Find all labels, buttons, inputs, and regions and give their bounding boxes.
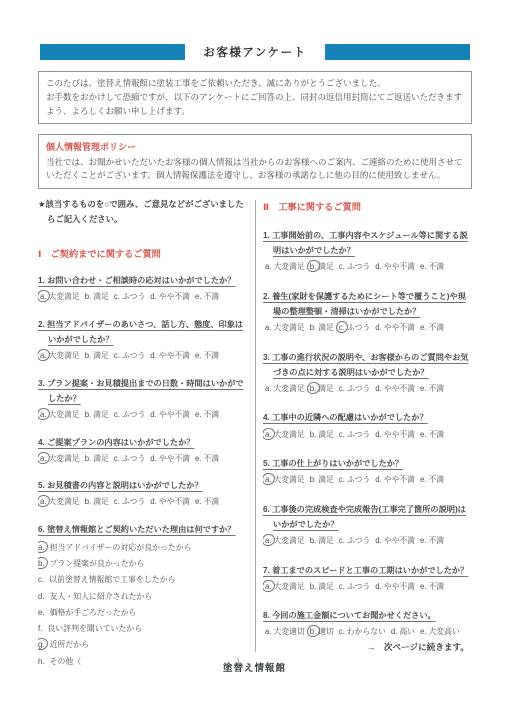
option-key: b. [85,453,92,465]
circled-answer-mark: a. [40,496,47,508]
header-bar-right [325,44,470,60]
answer-option[interactable]: e.不満 [195,409,219,421]
question-block: 6. 工事後の完成検査や完成報告(工事完了箇所の説明)はいかがでしたか？a.大変… [263,502,473,548]
answer-option[interactable]: b.満足 [85,350,109,362]
option-key: d. [375,322,382,334]
answer-option[interactable]: a.大変満足 [40,496,80,508]
option-label: 高い [399,627,415,636]
answer-option[interactable]: d.やや不満 [150,291,190,303]
answer-option[interactable]: e.不満 [420,261,444,273]
option-label: 大変満足 [49,292,80,301]
option-label: 不満 [429,582,445,591]
answer-option[interactable]: d.やや不満 [375,322,415,334]
question-title: 6. 工事後の完成検査や完成報告(工事完了箇所の説明)はいかがでしたか？ [263,502,473,532]
option-label: やや不満 [159,351,190,360]
answer-option[interactable]: c.わからない [339,626,386,638]
option-label: 満足 [318,430,334,439]
answer-option[interactable]: e.不満 [195,453,219,465]
option-label: 満足 [318,475,334,484]
option-key: d. [375,429,382,441]
options-row: a.大変満足b.満足c.ふつうd.やや不満e.不満 [38,496,248,508]
answer-option[interactable]: b.満足 [310,322,334,334]
option-key: e. [195,453,202,465]
question-block: 4. 工事中の近隣への配慮はいかがでしたか？a.大変満足b.満足c.ふつうd.や… [263,410,473,441]
answer-option[interactable]: c.ふつう [339,474,370,486]
option-key: b. [310,581,317,593]
option-key: e. [195,350,202,362]
answer-option[interactable]: d.高い [391,626,415,638]
intro-line-1: このたびは、塗替え情報館に塗装工事をご依頼いただき、誠にありがとうございました。 [46,77,464,91]
intro-line-2: お手数をおかけして恐縮ですが、以下のアンケートにご回答の上、同封の返信用封筒にて… [46,91,464,119]
circled-answer-mark: b. [310,626,317,638]
option-label: 大変高い [429,627,460,636]
circled-answer-mark: a. [40,291,47,303]
question-block: 1. お問い合わせ・ご相談時の応対はいかがでしたか？a.大変満足b.満足c.ふつ… [38,273,248,304]
question-block: 2. 養生(家財を保護するためにシート等で覆うこと)や現場の整理整頓・清掃はいか… [263,289,473,335]
answer-option[interactable]: b.満足 [310,581,334,593]
answer-option[interactable]: a.大変満足 [40,453,80,465]
options-row: a.大変満足b.満足c.ふつうd.やや不満e.不満 [38,453,248,465]
option-key: a. [265,261,272,273]
option-key: c. [339,581,345,593]
answer-option[interactable]: d.やや不満 [375,474,415,486]
option-label: 満足 [318,323,334,332]
question-block: 2. 担当アドバイザーのあいさつ、話し方、態度、印象はいかがでしたか？a.大変満… [38,317,248,363]
options-row: a.大変満足b.満足c.ふつうd.やや不満e.不満 [263,581,473,593]
option-label: 不満 [204,410,220,419]
circled-answer-mark: a. [38,542,45,553]
answer-option[interactable]: d.やや不満 [150,409,190,421]
instruction-note: ★該当するものを○で囲み、ご意見などがございましたらご記入ください。 [38,197,248,227]
option-label: 不満 [204,454,220,463]
circled-answer-mark: a. [40,409,47,421]
option-label: 不満 [204,351,220,360]
question-title: 6. 塗替え情報館とご契約いただいた理由は何ですか？ [38,522,248,537]
answer-option[interactable]: a.大変満足 [265,474,305,486]
question-title: 3. プラン提案・お見積提出までの日数・時間はいかがでしたか？ [38,376,248,406]
option-label: 満足 [318,384,334,393]
option-label: ふつう [347,323,370,332]
option-label: やや不満 [384,582,415,591]
option-key: c. [339,429,345,441]
answer-option[interactable]: b.満足 [310,429,334,441]
option-label: 不満 [204,292,220,301]
option-key: e. [420,261,427,273]
option-key: a. [265,626,272,638]
column-divider [255,200,256,652]
answer-option[interactable]: c.ふつう [114,496,145,508]
question-title: 8. 今回の施工金額についてお聞かせください。 [263,608,473,623]
circled-answer-mark: b. [310,261,317,273]
question-block: 3. 工事の進行状況の説明や、お客様からのご質問やお気づきの点に対する説明はいか… [263,350,473,396]
option-key: d. [38,591,45,602]
answer-option[interactable]: a.大変満足 [40,350,80,362]
policy-body: 当社では、お聞かせいただいたお客様の個人情報は当社からのお客様へのご案内、ご連絡… [46,156,464,184]
answer-option[interactable]: b.満足 [85,496,109,508]
circled-answer-mark: a. [265,429,272,441]
option-key: e. [38,607,45,618]
question-block: 4. ご提案プランの内容はいかがでしたか？a.大変満足b.満足c.ふつうd.やや… [38,435,248,466]
answer-option[interactable]: a.大変満足 [265,581,305,593]
page-header: お客様アンケート [40,44,470,60]
answer-option[interactable]: e.不満 [195,496,219,508]
option-key: c. [114,291,120,303]
option-label: 満足 [318,582,334,591]
option-label: 価格が手ごろだったから [50,607,137,618]
option-label: プラン提案が良かったから [50,558,145,569]
option-key: a. [265,322,272,334]
option-key: d. [150,291,157,303]
choice-item[interactable]: e.価格が手ごろだったから [38,607,248,618]
answer-option[interactable]: a.大変満足 [265,535,305,547]
options-row: a.大変満足b.満足c.ふつうd.やや不満e.不満 [263,474,473,486]
answer-option[interactable]: a.大変満足 [265,261,305,273]
option-key: a. [265,383,272,395]
question-title: 1. 工事開始前の、工事内容やスケジュール等に関する説明はいかがでしたか？ [263,228,473,258]
option-label: 大変満足 [49,497,80,506]
option-key: b. [310,322,317,334]
option-label: やや不満 [384,430,415,439]
option-key: d. [375,474,382,486]
option-label: 不満 [429,430,445,439]
option-label: 満足 [318,536,334,545]
choice-item[interactable]: g.近所だから [38,639,248,650]
option-label: やや不満 [159,497,190,506]
option-key: b. [310,535,317,547]
answer-option[interactable]: d.やや不満 [375,261,415,273]
choice-item[interactable]: f.良い評判を聞いていたから [38,623,248,634]
answer-option[interactable]: d.やや不満 [375,581,415,593]
question-title: 2. 担当アドバイザーのあいさつ、話し方、態度、印象はいかがでしたか？ [38,317,248,347]
answer-option[interactable]: e.不満 [420,383,444,395]
option-key: b. [310,474,317,486]
option-label: ふつう [347,384,370,393]
questions-area: ★該当するものを○で囲み、ご意見などがございましたらご記入ください。 Ⅰ ご契約… [38,197,472,657]
answer-option[interactable]: a.大変満足 [40,409,80,421]
question-block: 8. 今回の施工金額についてお聞かせください。a.大変適切b.適切c.わからない… [263,608,473,639]
option-label: 近所だから [50,639,89,650]
option-label: ふつう [347,536,370,545]
column-left: ★該当するものを○で囲み、ご意見などがございましたらご記入ください。 Ⅰ ご契約… [38,197,248,667]
option-key: b. [310,429,317,441]
option-label: 大変満足 [49,410,80,419]
page-title: お客様アンケート [193,44,317,60]
answer-option[interactable]: b.満足 [310,535,334,547]
option-key: e. [420,383,427,395]
continue-note: → 次ページに続きます。 [367,641,469,653]
options-row: a.大変満足b.満足c.ふつうd.やや不満e.不満 [263,535,473,547]
circled-answer-mark: a. [40,453,47,465]
option-label: 大変満足 [274,536,305,545]
circled-answer-mark: a. [265,474,272,486]
option-key: d. [150,409,157,421]
answer-option[interactable]: a.大変満足 [40,291,80,303]
option-label: ふつう [122,410,145,419]
answer-option[interactable]: a.大変満足 [265,322,305,334]
question-title: 5. 工事の仕上がりはいかがでしたか？ [263,456,473,471]
option-key: c. [114,453,120,465]
section-heading: Ⅱ 工事に関するご質問 [263,199,473,213]
option-key: c. [339,261,345,273]
choice-item[interactable]: a.担当アドバイザーの対応が良かったから [38,542,248,553]
option-label: 良い評判を聞いていたから [47,623,142,634]
option-key: b. [85,409,92,421]
option-key: e. [420,535,427,547]
answer-option[interactable]: a.大変満足 [265,383,305,395]
answer-option[interactable]: e.不満 [420,474,444,486]
answer-option[interactable]: e.不満 [420,581,444,593]
option-label: ふつう [347,475,370,484]
option-label: やや不満 [384,262,415,271]
option-label: 不満 [429,262,445,271]
question-title: 4. ご提案プランの内容はいかがでしたか？ [38,435,248,450]
answer-option[interactable]: a.大変適切 [265,626,305,638]
survey-page: お客様アンケート このたびは、塗替え情報館に塗装工事をご依頼いただき、誠にありが… [0,0,509,720]
circled-answer-mark: g. [38,639,45,650]
option-key: d. [375,581,382,593]
answer-option[interactable]: c.ふつう [114,350,145,362]
option-label: 大変満足 [49,454,80,463]
section-heading: Ⅰ ご契約までに関するご質問 [38,246,248,260]
answer-option[interactable]: b.満足 [85,409,109,421]
options-row: a.大変満足b.満足c.ふつうd.やや不満e.不満 [263,383,473,395]
option-key: e. [420,581,427,593]
option-key: e. [420,474,427,486]
options-row: a.大変適切b.適切c.わからないd.高いe.大変高い [263,626,473,638]
option-key: e. [195,291,202,303]
header-bar-left [40,44,185,60]
option-label: 大変満足 [274,262,305,271]
option-label: 不満 [204,497,220,506]
option-key: e. [195,409,202,421]
policy-title: 個人情報管理ポリシー [46,140,464,155]
option-label: 満足 [93,497,109,506]
option-label: 不満 [429,536,445,545]
options-row: a.大変満足b.満足c.ふつうd.やや不満e.不満 [263,261,473,273]
option-label: 適切 [318,627,334,636]
circled-answer-mark: a. [265,535,272,547]
option-label: やや不満 [159,454,190,463]
option-key: d. [391,626,398,638]
option-label: 不満 [429,475,445,484]
option-label: 不満 [429,323,445,332]
answer-option[interactable]: c.ふつう [114,453,145,465]
option-key: e. [195,496,202,508]
answer-option[interactable]: b.満足 [85,291,109,303]
answer-option[interactable]: c.ふつう [339,535,370,547]
question-title: 5. お見積書の内容と説明はいかがでしたか？ [38,478,248,493]
option-label: 大変満足 [274,323,305,332]
option-label: ふつう [347,582,370,591]
circled-answer-mark: a. [265,581,272,593]
option-key: b. [85,496,92,508]
option-key: d. [150,453,157,465]
question-block: 1. 工事開始前の、工事内容やスケジュール等に関する説明はいかがでしたか？a.大… [263,228,473,274]
option-key: c. [339,383,345,395]
option-label: 大変満足 [274,384,305,393]
option-key: e. [420,322,427,334]
option-label: ふつう [347,430,370,439]
options-row: a.大変満足b.満足c.ふつうd.やや不満e.不満 [263,429,473,441]
options-row: a.大変満足b.満足c.ふつうd.やや不満e.不満 [38,291,248,303]
option-label: やや不満 [384,475,415,484]
answer-option[interactable]: e.不満 [420,322,444,334]
option-label: 大変満足 [274,430,305,439]
options-row: a.大変満足b.満足c.ふつうd.やや不満e.不満 [263,322,473,334]
answer-option[interactable]: b.満足 [85,453,109,465]
option-key: d. [150,350,157,362]
option-label: 友人・知人に紹介されたから [50,591,153,602]
option-key: c. [114,409,120,421]
option-label: やや不満 [384,536,415,545]
option-label: 不満 [429,384,445,393]
option-label: 以前塗替え情報館で工事をしたから [49,574,175,585]
option-label: 満足 [93,292,109,301]
option-label: やや不満 [159,410,190,419]
answer-option[interactable]: d.やや不満 [150,496,190,508]
brand-footer: 塗替え情報館 [0,660,509,674]
option-key: c. [38,574,44,585]
circled-answer-mark: c. [339,322,345,334]
option-label: 大変満足 [274,475,305,484]
question-block: 7. 着工までのスピードと工事の工期はいかがでしたか？a.大変満足b.満足c.ふ… [263,563,473,594]
question-block: 3. プラン提案・お見積提出までの日数・時間はいかがでしたか？a.大変満足b.満… [38,376,248,422]
answer-option[interactable]: c.ふつう [339,322,370,334]
answer-option[interactable]: d.やや不満 [150,350,190,362]
question-block: 5. お見積書の内容と説明はいかがでしたか？a.大変満足b.満足c.ふつうd.や… [38,478,248,509]
option-label: 大変適切 [274,627,305,636]
answer-option[interactable]: e.不満 [195,350,219,362]
answer-option[interactable]: e.不満 [420,535,444,547]
option-key: c. [114,496,120,508]
question-block: 6. 塗替え情報館とご契約いただいた理由は何ですか？a.担当アドバイザーの対応が… [38,522,248,667]
option-key: c. [339,626,345,638]
answer-option[interactable]: e.不満 [195,291,219,303]
option-key: b. [85,350,92,362]
option-key: e. [420,626,427,638]
option-label: 大変満足 [274,582,305,591]
option-label: 大変満足 [49,351,80,360]
option-label: やや不満 [384,384,415,393]
answer-option[interactable]: e.不満 [420,429,444,441]
option-key: d. [375,383,382,395]
option-label: ふつう [347,262,370,271]
answer-option[interactable]: c.ふつう [339,581,370,593]
option-key: c. [339,535,345,547]
answer-option[interactable]: d.やや不満 [375,383,415,395]
option-label: やや不満 [384,323,415,332]
option-key: e. [420,429,427,441]
answer-option[interactable]: c.ふつう [339,429,370,441]
answer-option[interactable]: c.ふつう [114,409,145,421]
answer-option[interactable]: d.やや不満 [150,453,190,465]
option-label: わからない [347,627,386,636]
answer-option[interactable]: c.ふつう [114,291,145,303]
option-label: 満足 [93,454,109,463]
option-key: d. [375,535,382,547]
column-right: Ⅱ 工事に関するご質問1. 工事開始前の、工事内容やスケジュール等に関する説明は… [263,197,473,639]
answer-option[interactable]: b.適切 [310,626,334,638]
question-title: 7. 着工までのスピードと工事の工期はいかがでしたか？ [263,563,473,578]
circled-answer-mark: a. [40,350,47,362]
options-row: a.大変満足b.満足c.ふつうd.やや不満e.不満 [38,350,248,362]
choice-item[interactable]: b.プラン提案が良かったから [38,558,248,569]
option-label: ふつう [122,292,145,301]
question-title: 3. 工事の進行状況の説明や、お客様からのご質問やお気づきの点に対する説明はいか… [263,350,473,380]
question-title: 4. 工事中の近隣への配慮はいかがでしたか？ [263,410,473,425]
option-label: ふつう [122,497,145,506]
circled-answer-mark: b. [310,383,317,395]
option-label: 担当アドバイザーの対応が良かったから [50,542,192,553]
intro-box: このたびは、塗替え情報館に塗装工事をご依頼いただき、誠にありがとうございました。… [38,71,472,124]
answer-option[interactable]: b.満足 [310,383,334,395]
question-title: 2. 養生(家財を保護するためにシート等で覆うこと)や現場の整理整頓・清掃はいか… [263,289,473,319]
option-label: 満足 [93,351,109,360]
option-key: c. [339,474,345,486]
option-label: やや不満 [159,292,190,301]
option-key: c. [114,350,120,362]
option-key: d. [375,261,382,273]
answer-option[interactable]: b.満足 [310,474,334,486]
circled-answer-mark: b. [38,558,45,569]
option-label: 満足 [93,410,109,419]
answer-option[interactable]: b.満足 [310,261,334,273]
option-label: 満足 [318,262,334,271]
answer-option[interactable]: a.大変満足 [265,429,305,441]
option-key: d. [150,496,157,508]
option-label: ふつう [122,454,145,463]
option-label: ふつう [122,351,145,360]
question-title: 1. お問い合わせ・ご相談時の応対はいかがでしたか？ [38,273,248,288]
answer-option[interactable]: c.ふつう [339,383,370,395]
answer-option[interactable]: d.やや不満 [375,429,415,441]
question-block: 5. 工事の仕上がりはいかがでしたか？a.大変満足b.満足c.ふつうd.やや不満… [263,456,473,487]
options-row: a.大変満足b.満足c.ふつうd.やや不満e.不満 [38,409,248,421]
answer-option[interactable]: d.やや不満 [375,535,415,547]
answer-option[interactable]: c.ふつう [339,261,370,273]
choice-item[interactable]: d.友人・知人に紹介されたから [38,591,248,602]
policy-box: 個人情報管理ポリシー 当社では、お聞かせいただいたお客様の個人情報は当社からのお… [38,134,472,189]
choice-item[interactable]: c.以前塗替え情報館で工事をしたから [38,574,248,585]
answer-option[interactable]: e.大変高い [420,626,460,638]
option-key: f. [38,623,42,634]
option-key: b. [85,291,92,303]
